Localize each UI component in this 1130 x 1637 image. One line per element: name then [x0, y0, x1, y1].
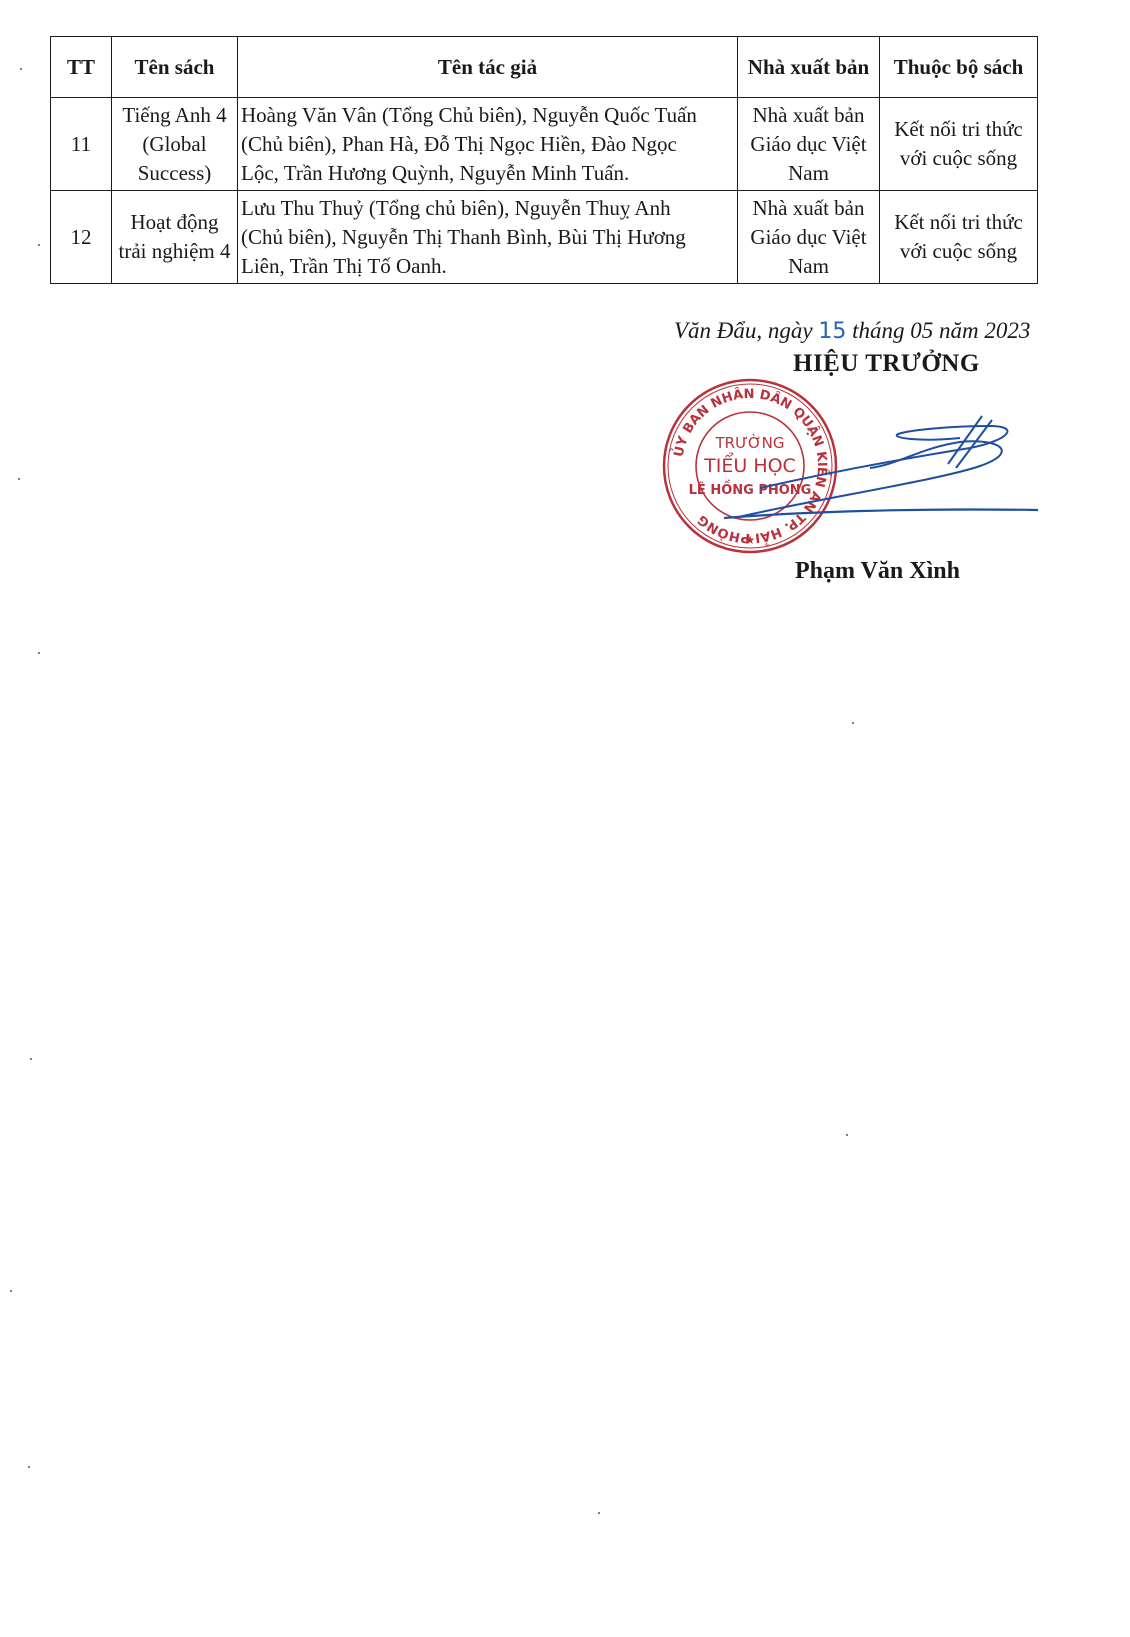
document-page: TT Tên sách Tên tác giả Nhà xuất bản Thu…	[0, 0, 1130, 1637]
header-book-title: Tên sách	[112, 37, 238, 98]
handwritten-signature-icon	[720, 408, 1040, 528]
scan-speck	[598, 1512, 600, 1514]
header-publisher: Nhà xuất bản	[738, 37, 880, 98]
scan-speck	[852, 722, 854, 724]
scan-speck	[10, 1290, 12, 1292]
svg-text:★: ★	[745, 533, 756, 547]
scan-speck	[20, 68, 22, 70]
date-line: Văn Đẩu, ngày 15 tháng 05 năm 2023	[674, 318, 1030, 344]
cell-publisher: Nhà xuất bảnGiáo dục ViệtNam	[738, 98, 880, 191]
cell-tt: 12	[51, 191, 112, 284]
cell-publisher: Nhà xuất bảnGiáo dục ViệtNam	[738, 191, 880, 284]
scan-speck	[38, 244, 40, 246]
scan-speck	[846, 1134, 848, 1136]
scan-speck	[30, 1058, 32, 1060]
handwritten-day: 15	[818, 319, 846, 344]
header-series: Thuộc bộ sách	[880, 37, 1038, 98]
date-prefix: Văn Đẩu, ngày	[674, 318, 813, 343]
header-authors: Tên tác giả	[238, 37, 738, 98]
cell-series: Kết nối tri thứcvới cuộc sống	[880, 191, 1038, 284]
header-tt: TT	[51, 37, 112, 98]
principal-name: Phạm Văn Xình	[795, 558, 960, 585]
cell-authors: Lưu Thu Thuỷ (Tổng chủ biên), Nguyễn Thu…	[238, 191, 738, 284]
cell-book-title: Tiếng Anh 4(GlobalSuccess)	[112, 98, 238, 191]
cell-authors: Hoàng Văn Vân (Tổng Chủ biên), Nguyễn Qu…	[238, 98, 738, 191]
cell-book-title: Hoạt độngtrải nghiệm 4	[112, 191, 238, 284]
table-row: 11Tiếng Anh 4(GlobalSuccess)Hoàng Văn Vâ…	[51, 98, 1038, 191]
scan-speck	[38, 652, 40, 654]
table-header-row: TT Tên sách Tên tác giả Nhà xuất bản Thu…	[51, 37, 1038, 98]
cell-series: Kết nối tri thứcvới cuộc sống	[880, 98, 1038, 191]
scan-speck	[28, 1466, 30, 1468]
date-suffix: tháng 05 năm 2023	[852, 318, 1030, 343]
cell-tt: 11	[51, 98, 112, 191]
scan-speck	[18, 478, 20, 480]
textbook-table: TT Tên sách Tên tác giả Nhà xuất bản Thu…	[50, 36, 1038, 284]
table-row: 12Hoạt độngtrải nghiệm 4Lưu Thu Thuỷ (Tổ…	[51, 191, 1038, 284]
principal-title: HIỆU TRƯỞNG	[793, 350, 980, 378]
